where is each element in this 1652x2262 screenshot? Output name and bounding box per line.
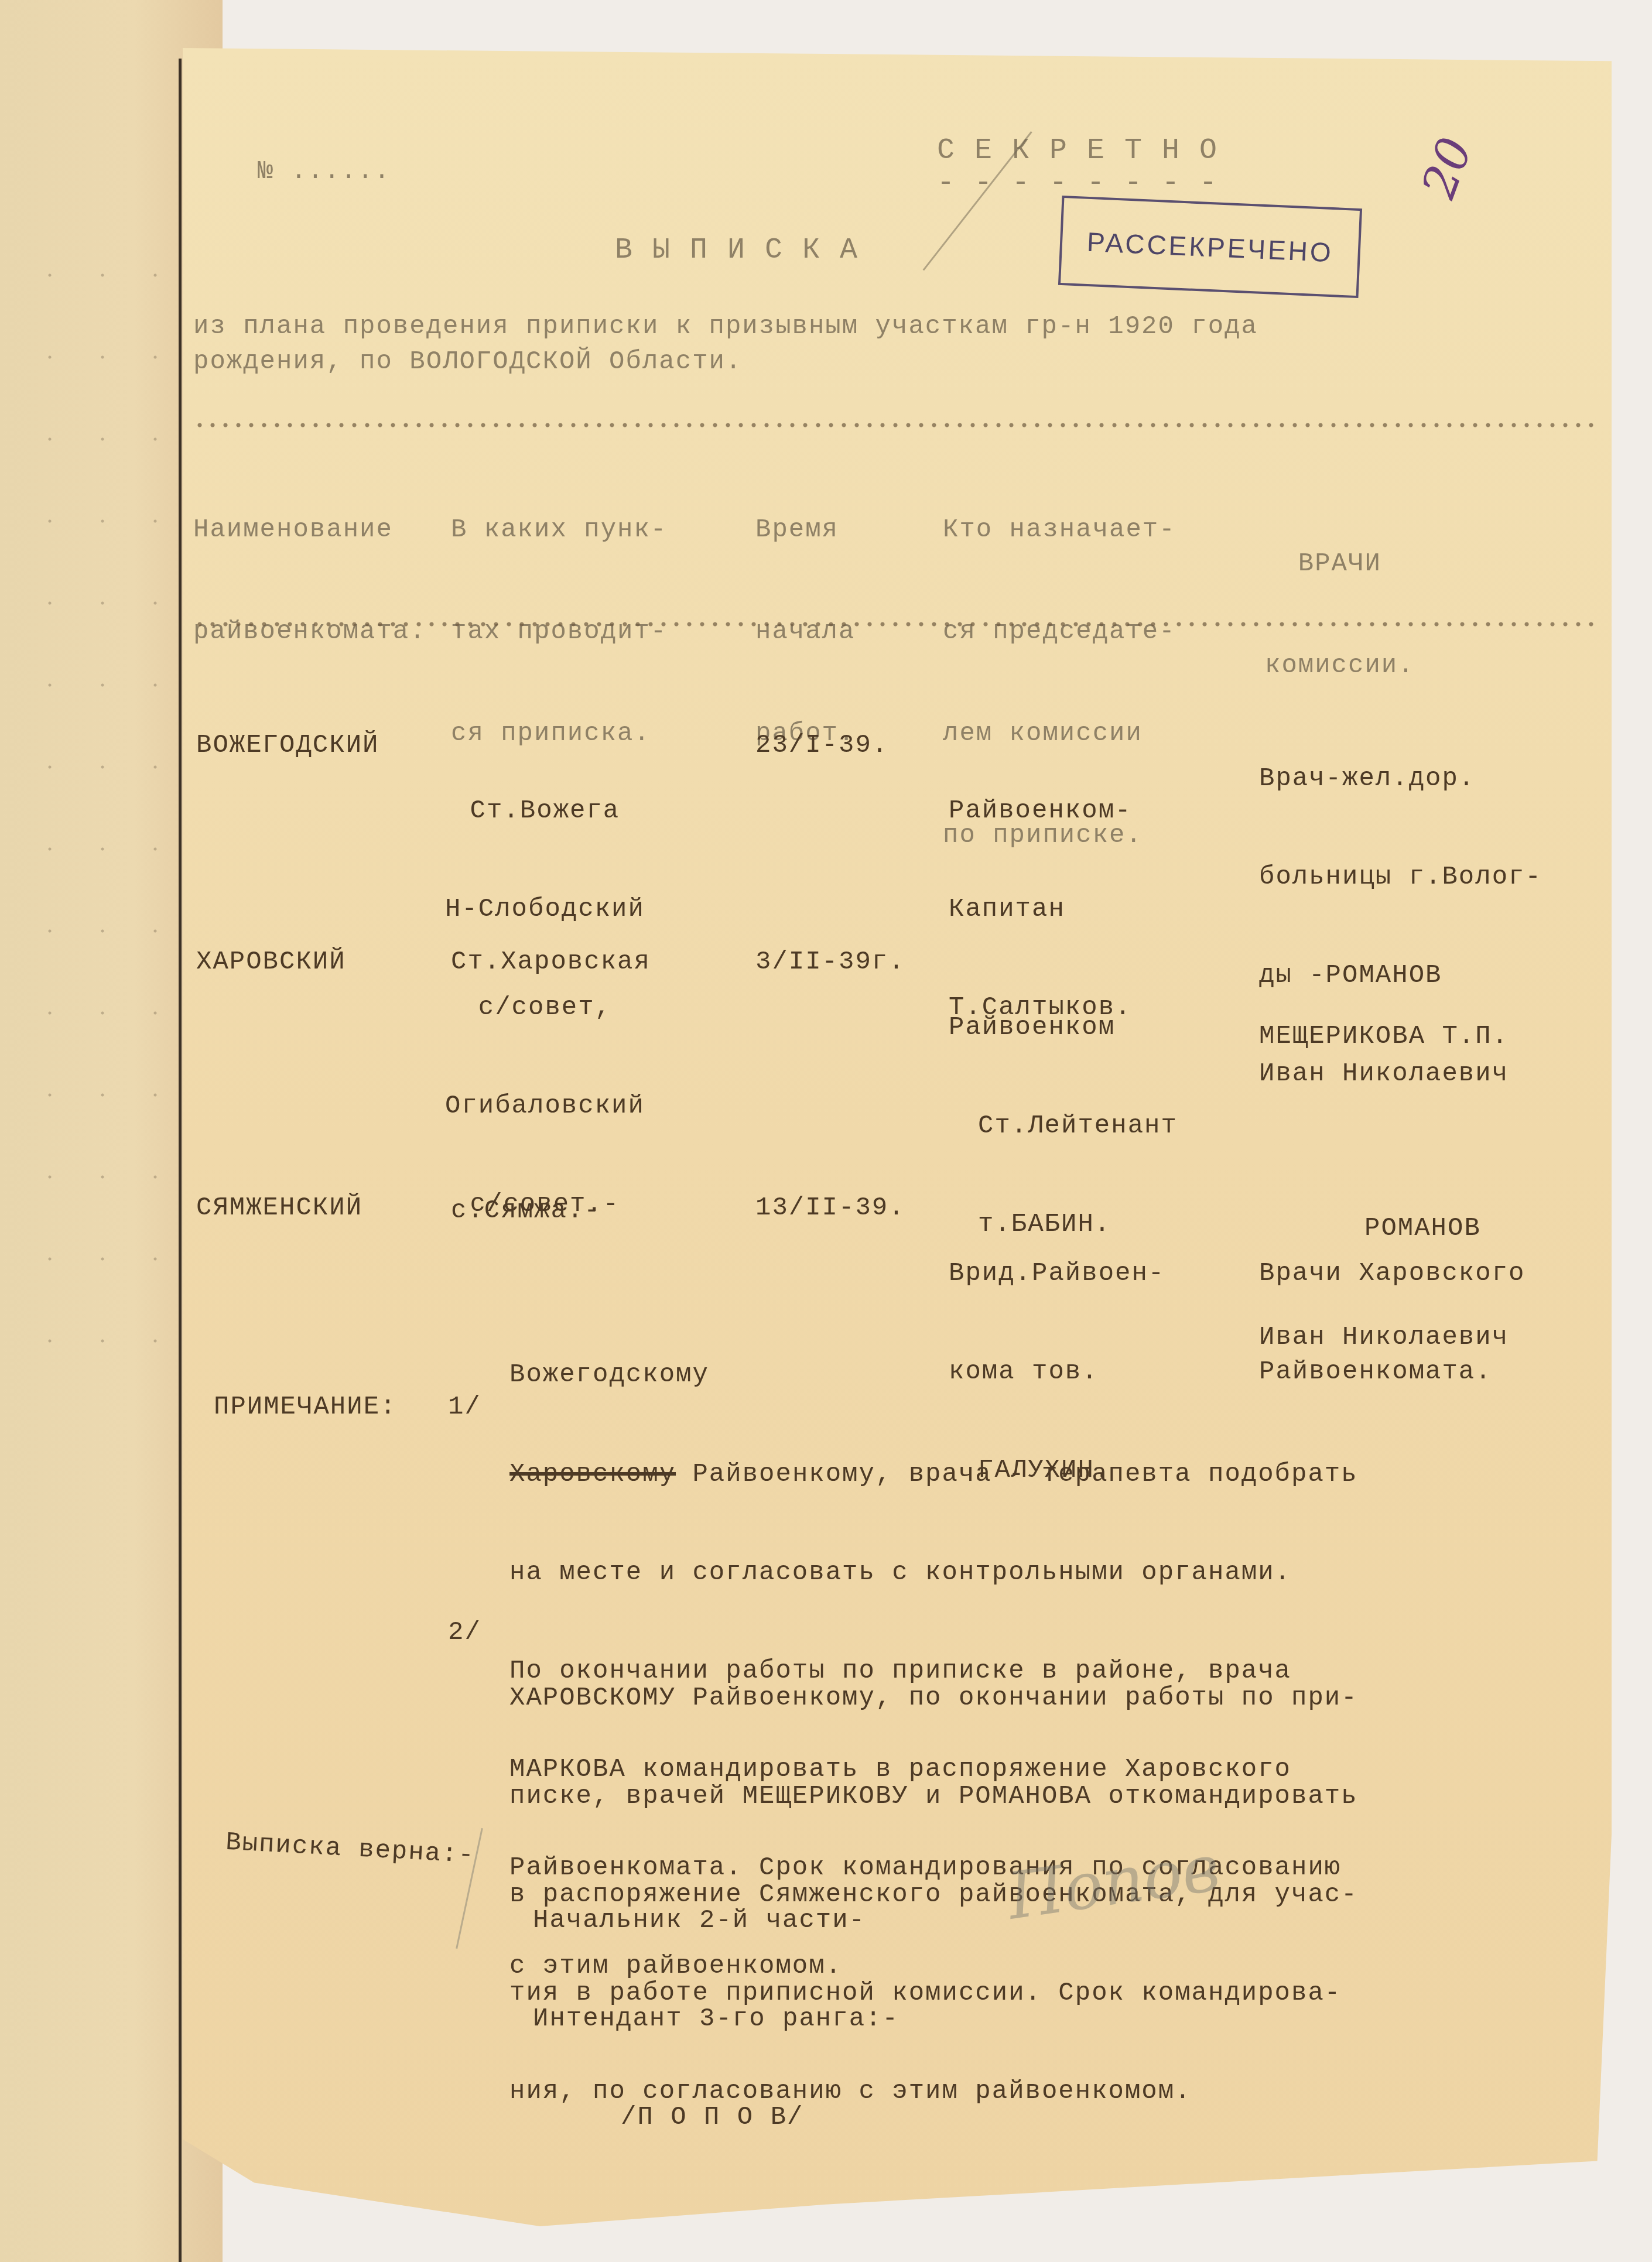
classification-underline: - - - - - - - - <box>937 167 1218 200</box>
classification-label: С Е К Р Е Т Н О <box>937 135 1218 167</box>
signatory-block: Начальник 2-й части- Интендант 3-го ранг… <box>533 1839 899 2167</box>
header-line: ся председате- <box>943 615 1176 649</box>
row-1-points: Ст.Вожега Н-Слободский с/совет, Огибалов… <box>445 729 645 1254</box>
signatory-line: Начальник 2-й части- <box>533 1904 899 1937</box>
note-1-insertion: Вожегодскому <box>509 1358 709 1391</box>
cell-line: Райвоенкомата. <box>1259 1356 1525 1388</box>
declassified-stamp: РАССЕКРЕЧЕНО <box>1058 196 1362 298</box>
notes-label: ПРИМЕЧАНИЕ: <box>214 1391 396 1423</box>
stamp-text: РАССЕКРЕЧЕНО <box>1086 225 1334 268</box>
note-line: Райвоенкому, врача - терапевта подобрать <box>692 1460 1357 1489</box>
adjacent-page-text-remnants <box>23 234 176 1347</box>
cell-line: больницы г.Волог- <box>1259 861 1542 894</box>
header-line: Наименование <box>193 513 426 547</box>
cell-line: Врач-жел.дор. <box>1259 762 1542 795</box>
cell-line: Огибаловский <box>445 1090 645 1123</box>
cell-line: Райвоенком- <box>949 795 1131 827</box>
note-1-struck-word: Харовскому <box>509 1460 676 1489</box>
spacer <box>1259 1127 1509 1138</box>
note-line: писке, врачей МЕЩЕРИКОВУ и РОМАНОВА отко… <box>509 1780 1358 1813</box>
note-2-number: 2/ <box>448 1616 481 1649</box>
row-3-start: 13/II-39. <box>755 1192 905 1224</box>
note-line: ХАРОВСКОМУ Райвоенкому, по окончании раб… <box>509 1682 1358 1715</box>
cell-line: Врид.Райвоен- <box>949 1257 1165 1290</box>
row-3-district: СЯМЖЕНСКИЙ <box>196 1192 362 1224</box>
row-1-start: 23/I-39. <box>755 729 888 762</box>
signatory-line: Интендант 3-го ранга:- <box>533 2003 899 2035</box>
cell-line: Ст.Лейтенант <box>949 1110 1178 1142</box>
cell-line: Врачи Харовского <box>1259 1257 1525 1290</box>
note-line: на месте и согласовать с контрольными ор… <box>509 1556 1358 1589</box>
row-1-district: ВОЖЕГОДСКИЙ <box>196 729 379 762</box>
header-line: Кто назначает- <box>943 513 1176 547</box>
cell-line: Н-Слободский <box>445 893 645 926</box>
cell-line: Райвоенком <box>949 1011 1178 1044</box>
cell-line: Капитан <box>949 893 1131 926</box>
row-2-points: Ст.Харовская <box>451 946 651 978</box>
note-1-number: 1/ <box>448 1391 481 1423</box>
subtitle-line-2: рождения, по ВОЛОГОДСКОЙ Области. <box>193 345 742 378</box>
header-line: начала <box>755 615 855 649</box>
row-3-doctors: Врачи Харовского Райвоенкомата. <box>1259 1192 1525 1421</box>
table-header-rule <box>193 622 1599 627</box>
cell-line: Ст.Вожега <box>445 795 645 827</box>
header-line: Время <box>755 513 855 547</box>
header-line: райвоенкомата. <box>193 615 426 649</box>
header-line: В каких пунк- <box>451 513 667 547</box>
cell-line: с/совет, <box>445 991 645 1024</box>
cell-line: кома тов. <box>949 1356 1165 1388</box>
cell-line: МЕЩЕРИКОВА Т.П. <box>1259 1018 1509 1055</box>
header-line: ВРАЧИ <box>1265 547 1415 581</box>
header-district: Наименование райвоенкомата. <box>193 445 426 683</box>
header-line: тах проводит- <box>451 615 667 649</box>
signatory-name: /П О П О В/ <box>533 2101 899 2134</box>
header-doctors: ВРАЧИ комиссии. <box>1265 479 1415 717</box>
binding-edge <box>179 59 182 2262</box>
row-2-district: ХАРОВСКИЙ <box>196 946 346 978</box>
row-3-points: с.Сямжа.- <box>451 1195 601 1227</box>
row-2-start: 3/II-39г. <box>755 946 905 978</box>
table-top-rule <box>193 423 1599 427</box>
header-line: комиссии. <box>1265 649 1415 683</box>
subtitle-line-1: из плана проведения приписки к призывным… <box>193 310 1258 343</box>
reference-number: № ...... <box>258 155 391 188</box>
document-title: В Ы П И С К А <box>615 234 859 267</box>
